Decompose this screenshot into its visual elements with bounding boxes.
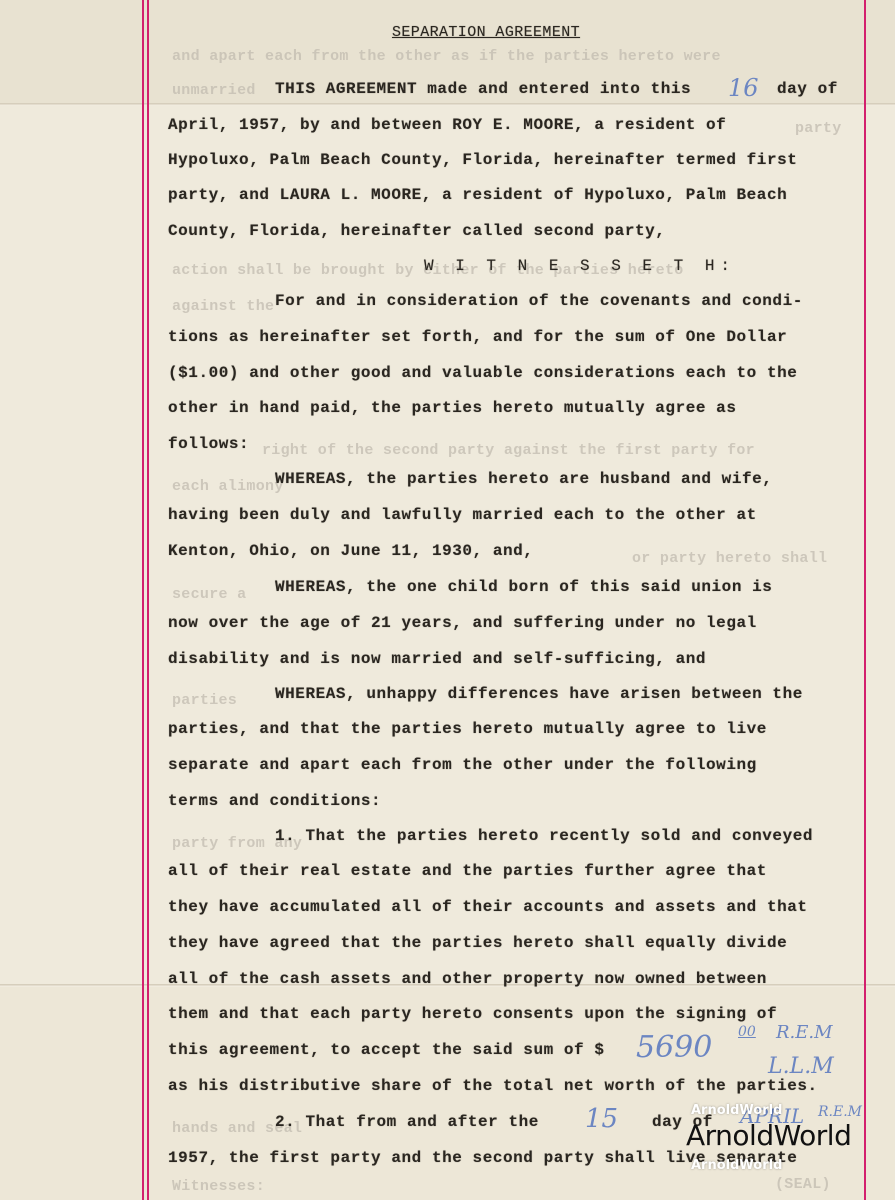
watermark-text: ArnoldWorld	[691, 1103, 782, 1118]
handwritten-amount-cents: 00	[738, 1024, 756, 1040]
page-title: SEPARATION AGREEMENT	[392, 24, 580, 41]
text-line: all of their real estate and the parties…	[168, 862, 767, 880]
text-line: disability and is now married and self-s…	[168, 650, 706, 668]
text-line: 1. That the parties hereto recently sold…	[275, 827, 813, 845]
text-line: day of	[777, 80, 838, 98]
text-line: now over the age of 21 years, and suffer…	[168, 614, 757, 632]
text-line: having been duly and lawfully married ea…	[168, 506, 757, 524]
text-line: all of the cash assets and other propert…	[168, 970, 767, 988]
fold-crease	[0, 103, 895, 106]
bleed-through-text: secure a	[172, 586, 246, 603]
text-line: WHEREAS, the one child born of this said…	[275, 578, 772, 596]
watermark-logo: ArnoldWorld	[686, 1119, 851, 1152]
handwritten-day: 15	[585, 1104, 618, 1134]
bleed-through-text: right of the second party against the fi…	[262, 442, 755, 459]
text-line: Hypoluxo, Palm Beach County, Florida, he…	[168, 151, 797, 169]
section-heading-witnesseth: W I T N E S S E T H:	[424, 257, 736, 275]
bleed-through-text: against the	[172, 298, 274, 315]
text-line: ($1.00) and other good and valuable cons…	[168, 364, 797, 382]
text-line: follows:	[168, 435, 249, 453]
bleed-through-text: each alimony	[172, 478, 284, 495]
text-line: 2. That from and after the	[275, 1113, 539, 1131]
bleed-through-text: unmarried	[172, 82, 256, 99]
text-line: them and that each party hereto consents…	[168, 1005, 777, 1023]
watermark-text: ArnoldWorld	[691, 1158, 782, 1173]
bleed-through-text: parties	[172, 692, 237, 709]
left-margin-rule	[142, 0, 144, 1200]
text-line: THIS AGREEMENT made and entered into thi…	[275, 80, 691, 98]
document-page: and apart each from the other as if the …	[0, 0, 895, 1200]
bleed-through-text: Witnesses:	[172, 1178, 265, 1195]
handwritten-initials: R.E.M	[776, 1022, 833, 1043]
text-line: parties, and that the parties hereto mut…	[168, 720, 767, 738]
text-line: County, Florida, hereinafter called seco…	[168, 222, 665, 240]
text-line: as his distributive share of the total n…	[168, 1077, 818, 1095]
text-line: For and in consideration of the covenant…	[275, 292, 803, 310]
text-line: WHEREAS, unhappy differences have arisen…	[275, 685, 803, 703]
handwritten-initials: L.L.M	[768, 1054, 834, 1079]
text-line: tions as hereinafter set forth, and for …	[168, 328, 787, 346]
bleed-through-text: party	[795, 120, 842, 137]
text-line: terms and conditions:	[168, 792, 381, 810]
text-line: they have accumulated all of their accou…	[168, 898, 808, 916]
handwritten-initials: R.E.M	[818, 1104, 862, 1120]
text-line: separate and apart each from the other u…	[168, 756, 757, 774]
handwritten-day: 16	[728, 74, 759, 102]
text-line: other in hand paid, the parties hereto m…	[168, 399, 737, 417]
bleed-through-text: (SEAL)	[775, 1176, 831, 1193]
handwritten-amount: 5690	[636, 1030, 712, 1065]
text-line: party, and LAURA L. MOORE, a resident of…	[168, 186, 787, 204]
bleed-through-text: or party hereto shall	[632, 550, 827, 567]
text-line: they have agreed that the parties hereto…	[168, 934, 787, 952]
text-line: April, 1957, by and between ROY E. MOORE…	[168, 116, 726, 134]
right-margin-rule	[864, 0, 866, 1200]
bleed-through-text: and apart each from the other as if the …	[172, 48, 721, 65]
text-line: this agreement, to accept the said sum o…	[168, 1041, 605, 1059]
text-line: Kenton, Ohio, on June 11, 1930, and,	[168, 542, 533, 560]
text-line: WHEREAS, the parties hereto are husband …	[275, 470, 772, 488]
left-margin-rule	[147, 0, 149, 1200]
